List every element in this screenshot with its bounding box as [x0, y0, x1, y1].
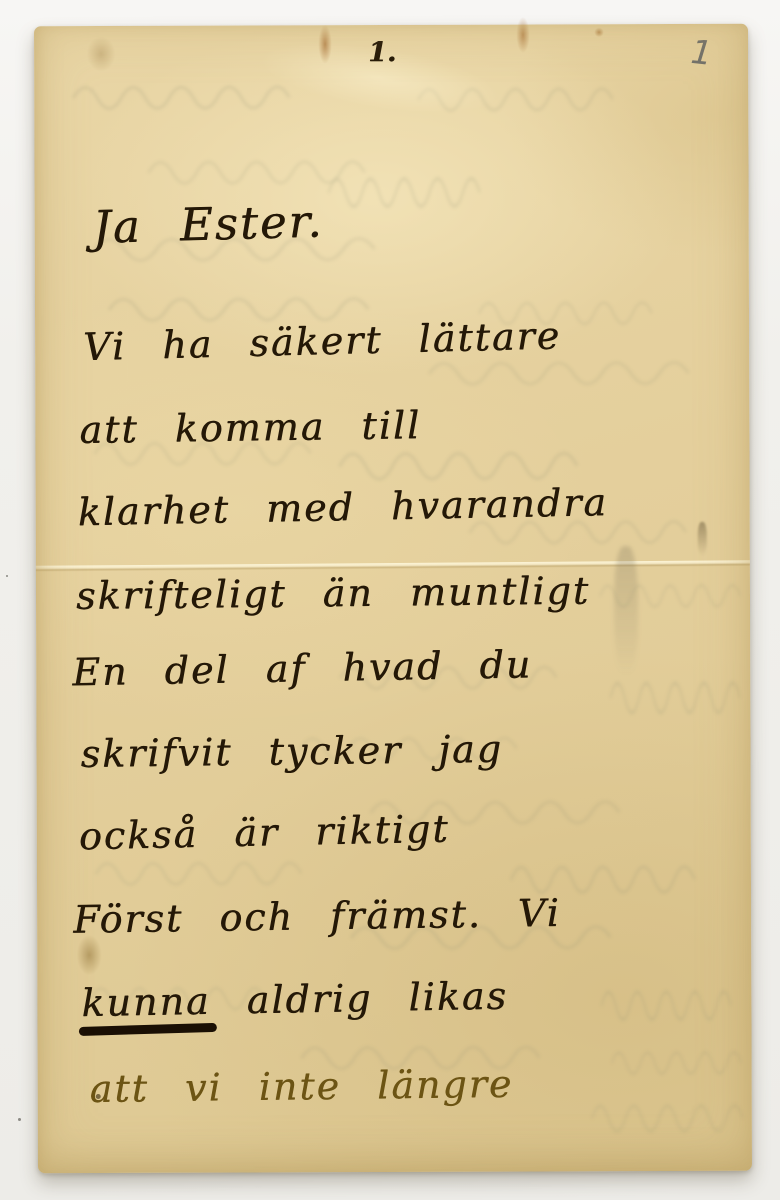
- page-number-ink: 1.: [368, 39, 396, 66]
- rust-stain: [592, 24, 606, 40]
- smudge-stain: [78, 28, 124, 80]
- dust-speck: [6, 575, 8, 577]
- ink-drip: [698, 522, 707, 556]
- salutation: Ja Ester.: [92, 198, 324, 249]
- line-rest: aldrig likas: [210, 974, 508, 1023]
- handwritten-line: skrifteligt än muntligt: [76, 572, 590, 615]
- handwritten-line: En del af hvad du: [72, 645, 533, 691]
- underlined-word: kunna: [81, 982, 211, 1022]
- paper-crease-top: [214, 9, 544, 147]
- letter-paper: 1. 1 Ja Ester. Vi ha säkert lättare att …: [34, 24, 752, 1173]
- page-number-pencil: 1: [689, 35, 713, 70]
- handwritten-line: kunna aldrig likas: [81, 977, 508, 1022]
- photo-backdrop: { "document": { "kind": "handwritten let…: [0, 0, 780, 1200]
- handwritten-line: skrifvit tycker jag: [80, 730, 503, 773]
- handwritten-line: att komma till: [79, 406, 421, 449]
- handwritten-line: Först och främst. Vi: [73, 894, 561, 939]
- handwritten-line-faded: att vi inte längre: [89, 1065, 513, 1108]
- handwritten-line: Vi ha säkert lättare: [83, 316, 562, 366]
- handwritten-line: också är riktigt: [78, 810, 449, 856]
- dust-speck: [18, 1118, 21, 1121]
- handwritten-line: klarhet med hvarandra: [77, 483, 608, 531]
